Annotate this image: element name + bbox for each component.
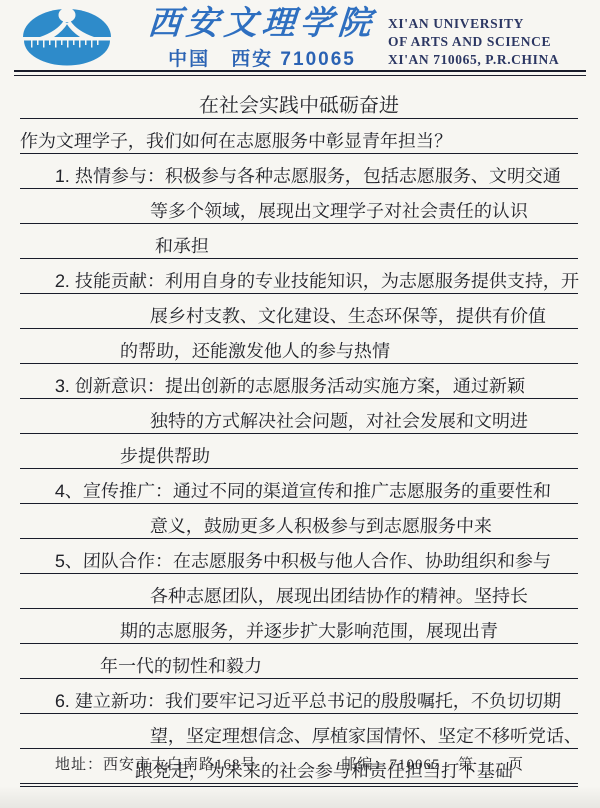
header-divider xyxy=(14,70,586,76)
handwritten-line: 意义，鼓励更多人积极参与到志愿服务中来 xyxy=(20,504,578,539)
handwritten-line: 望，坚定理想信念、厚植家国情怀、坚定不移听党话、 xyxy=(20,714,578,749)
handwritten-line: 和承担 xyxy=(20,224,578,259)
header-location-line: 中国 西安 710065 xyxy=(138,44,386,71)
handwritten-line: 1. 热情参与：积极参与各种志愿服务，包括志愿服务、文明交通 xyxy=(20,154,578,189)
essay-title: 在社会实践中砥砺奋进 xyxy=(20,84,578,119)
handwritten-content: 在社会实践中砥砺奋进 作为文理学子，我们如何在志愿服务中彰显青年担当？ 1. 热… xyxy=(20,84,578,787)
letterhead-page: 西安文理学院 中国 西安 710065 XI'AN UNIVERSITY OF … xyxy=(0,0,600,808)
handwritten-line: 的帮助，还能激发他人的参与热情 xyxy=(20,329,578,364)
university-name-english: XI'AN UNIVERSITY OF ARTS AND SCIENCE XI'… xyxy=(388,15,559,69)
footer-page-field: 第 页 xyxy=(458,753,572,774)
handwritten-line: 3. 创新意识：提出创新的志愿服务活动实施方案，通过新颖 xyxy=(20,364,578,399)
handwritten-line: 等多个领域，展现出文理学子对社会责任的认识 xyxy=(20,189,578,224)
english-line: OF ARTS AND SCIENCE xyxy=(388,33,559,51)
handwritten-line: 5、团队合作：在志愿服务中积极与他人合作、协助组织和参与 xyxy=(20,539,578,574)
handwritten-line: 年一代的韧性和毅力 xyxy=(20,644,578,679)
university-logo-icon xyxy=(16,4,118,66)
handwritten-line: 各种志愿团队，展现出团结协作的精神。坚持长 xyxy=(20,574,578,609)
handwritten-line: 期的志愿服务，并逐步扩大影响范围，展现出青 xyxy=(20,609,578,644)
footer-address: 地址：西安市太白南路168号 xyxy=(55,753,257,774)
footer-page-suffix: 页 xyxy=(508,753,524,774)
handwritten-line: 4、宣传推广：通过不同的渠道宣传和推广志愿服务的重要性和 xyxy=(20,469,578,504)
footer-page-prefix: 第 xyxy=(458,753,474,774)
handwritten-line: 6. 建立新功：我们要牢记习近平总书记的殷殷嘱托，不负切切期 xyxy=(20,679,578,714)
handwritten-line: 独特的方式解决社会问题，对社会发展和文明进 xyxy=(20,399,578,434)
english-line: XI'AN 710065, P.R.CHINA xyxy=(388,51,559,69)
handwritten-line: 作为文理学子，我们如何在志愿服务中彰显青年担当？ xyxy=(20,119,578,154)
english-line: XI'AN UNIVERSITY xyxy=(388,15,559,33)
university-name-calligraphy: 西安文理学院 xyxy=(135,2,390,44)
handwritten-line: 展乡村支教、文化建设、生态环保等，提供有价值 xyxy=(20,294,578,329)
handwritten-line: 2. 技能贡献：利用自身的专业技能知识，为志愿服务提供支持，开 xyxy=(20,259,578,294)
letterhead-footer: 地址：西安市太白南路168号 邮编：710065 第 页 xyxy=(55,753,572,774)
handwritten-line: 步提供帮助 xyxy=(20,434,578,469)
footer-postal-code: 邮编：710065 xyxy=(342,753,441,774)
scan-shadow xyxy=(0,786,600,808)
